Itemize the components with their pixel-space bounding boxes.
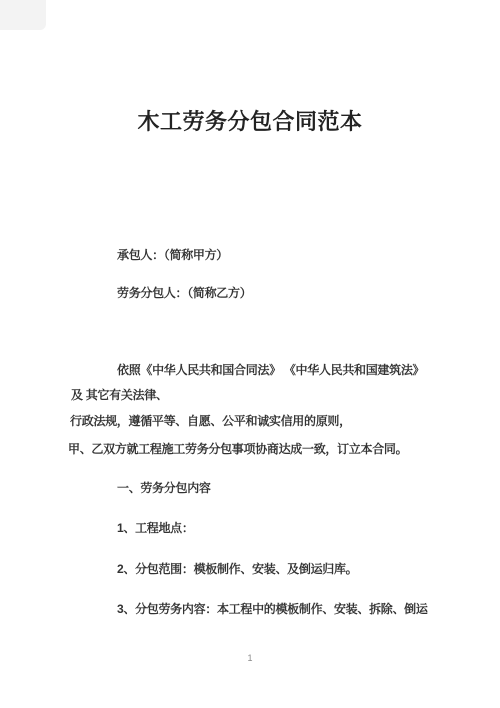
scan-artifact [0,0,46,30]
contract-document-page: 木工劳务分包合同范本 承包人：（简称甲方） 劳务分包人：（简称乙方） 依照《中华… [0,0,500,708]
subcontractor-line: 劳务分包人：（简称乙方） [117,286,251,300]
preamble-line-2: 及 其它有关法律、 [71,388,168,402]
contract-item-project-location: 1、工程地点： [117,521,194,535]
preamble-line-4: 甲、乙双方就工程施工劳务分包事项协商达成一致，订立本合同。 [68,442,407,456]
page-number: 1 [0,654,500,663]
contract-item-labor-content: 3、分包劳务内容：本工程中的模板制作、安装、拆除、倒运 [117,602,428,616]
section-heading-labor-subcontract-content: 一、劳务分包内容 [117,481,211,495]
contract-item-subcontract-scope: 2、分包范围：模板制作、安装、及倒运归库。 [117,562,357,576]
document-title: 木工劳务分包合同范本 [0,111,500,133]
preamble-line-1: 依照《中华人民共和国合同法》 《中华人民共和国建筑法》 [117,363,424,377]
preamble-line-3: 行政法规，遵循平等、自愿、公平和诚实信用的原则， [70,414,351,428]
contractor-line: 承包人：（简称甲方） [117,248,228,262]
